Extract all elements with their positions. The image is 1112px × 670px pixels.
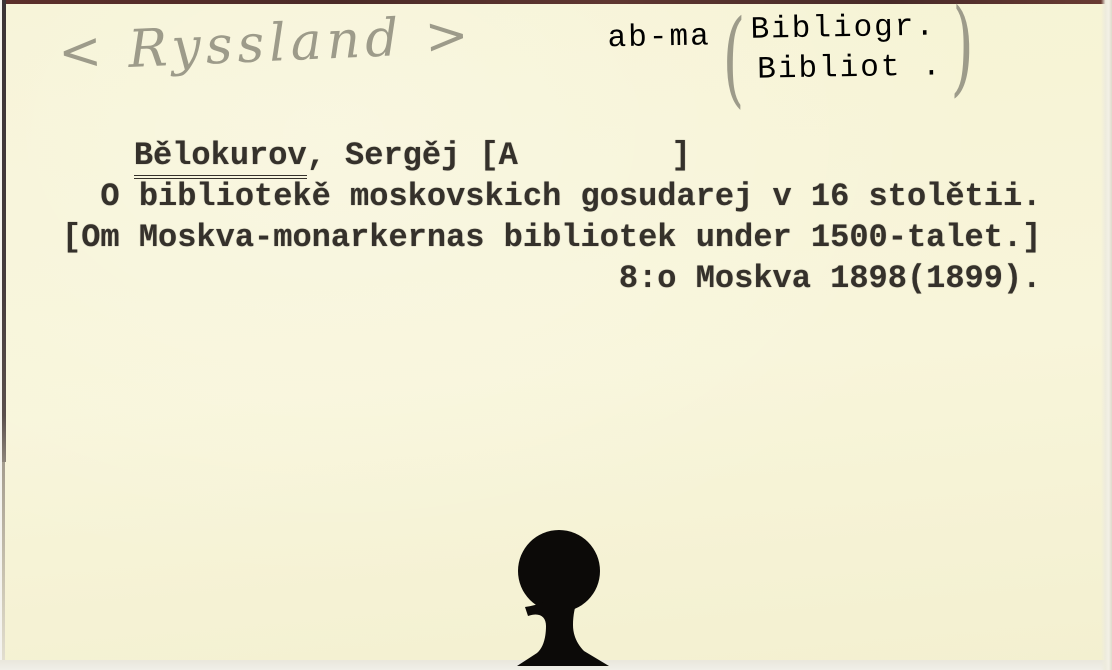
card-top-edge (0, 0, 1112, 4)
card-right-edge (1101, 0, 1112, 670)
imprint-line: 8:o Moskva 1898(1899). (62, 258, 1041, 299)
card-left-edge-lower (2, 462, 5, 662)
handwritten-annotation: ab-ma ( Bibliogr. Bibliot . ) (607, 5, 979, 107)
annotation-open-bracket: ( (722, 8, 742, 105)
title-paragraph: O bibliotekě moskovskich gosudarej v 16 … (62, 176, 1041, 299)
handwritten-subject-heading: < Ryssland > (57, 5, 475, 83)
annotation-lines: Bibliogr. Bibliot . (750, 5, 943, 92)
title-line: O bibliotekě moskovskich gosudarej v 16 … (62, 176, 1041, 217)
card-left-edge (2, 0, 6, 462)
translated-title-line: [Om Moskva-monarkernas bibliotek under 1… (62, 217, 1041, 258)
annotation-code: ab-ma (607, 19, 711, 56)
annotation-close-bracket: ) (951, 0, 972, 96)
author-name-rest: , Sergěj [A ] (307, 137, 691, 174)
annotation-line: Bibliot . (757, 45, 943, 92)
author-name-underlined: Bělokurov (134, 137, 307, 179)
catalog-card: < Ryssland > ab-ma ( Bibliogr. Bibliot .… (0, 0, 1112, 670)
spindle-hole-icon (500, 526, 620, 670)
